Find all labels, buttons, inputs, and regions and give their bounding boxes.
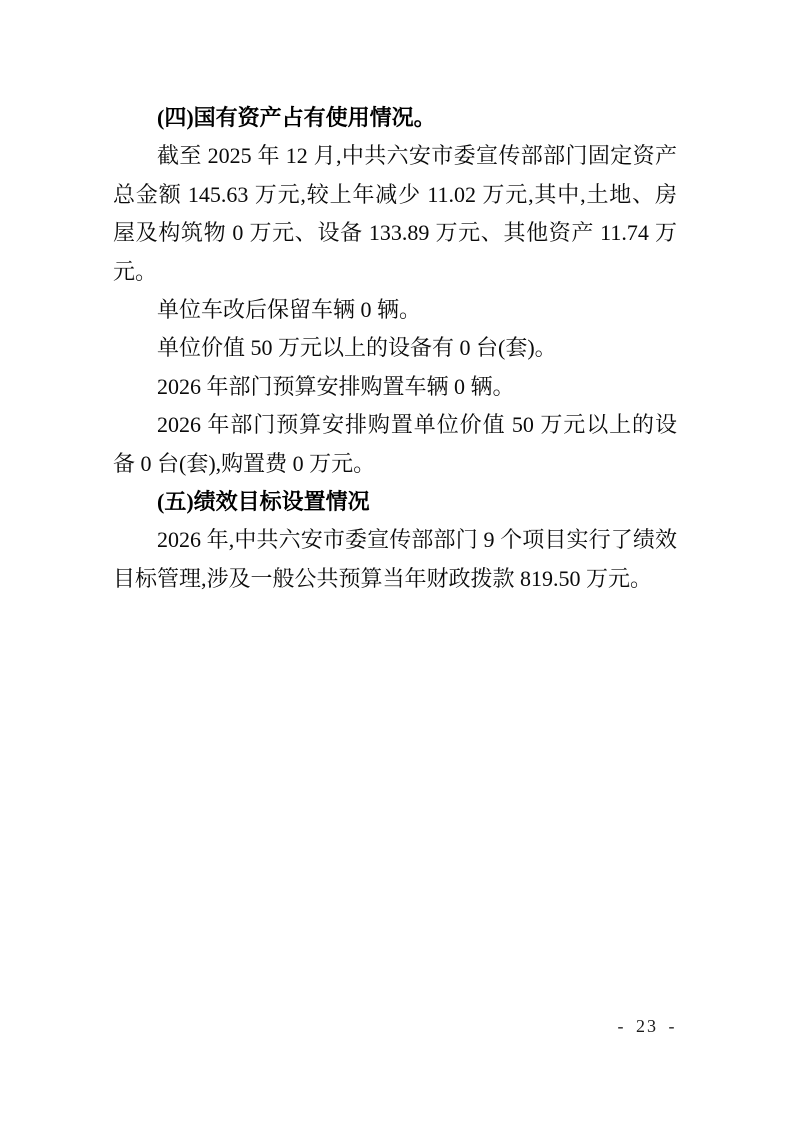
paragraph-performance-target-summary: 2026 年,中共六安市委宣传部部门 9 个项目实行了绩效目标管理,涉及一般公共…	[113, 521, 677, 598]
document-body: (四)国有资产占有使用情况。 截至 2025 年 12 月,中共六安市委宣传部部…	[113, 99, 677, 598]
section-heading-performance-targets: (五)绩效目标设置情况	[113, 483, 677, 521]
paragraph-2026-equipment-purchase: 2026 年部门预算安排购置单位价值 50 万元以上的设备 0 台(套),购置费…	[113, 406, 677, 483]
paragraph-2026-vehicle-purchase: 2026 年部门预算安排购置车辆 0 辆。	[113, 368, 677, 406]
section-heading-state-assets: (四)国有资产占有使用情况。	[113, 99, 677, 137]
paragraph-equipment-over-500k: 单位价值 50 万元以上的设备有 0 台(套)。	[113, 329, 677, 367]
page-number: - 23 -	[607, 1014, 687, 1038]
paragraph-retained-vehicles: 单位车改后保留车辆 0 辆。	[113, 291, 677, 329]
paragraph-fixed-assets-summary: 截至 2025 年 12 月,中共六安市委宣传部部门固定资产总金额 145.63…	[113, 137, 677, 291]
document-page: (四)国有资产占有使用情况。 截至 2025 年 12 月,中共六安市委宣传部部…	[0, 0, 793, 1122]
